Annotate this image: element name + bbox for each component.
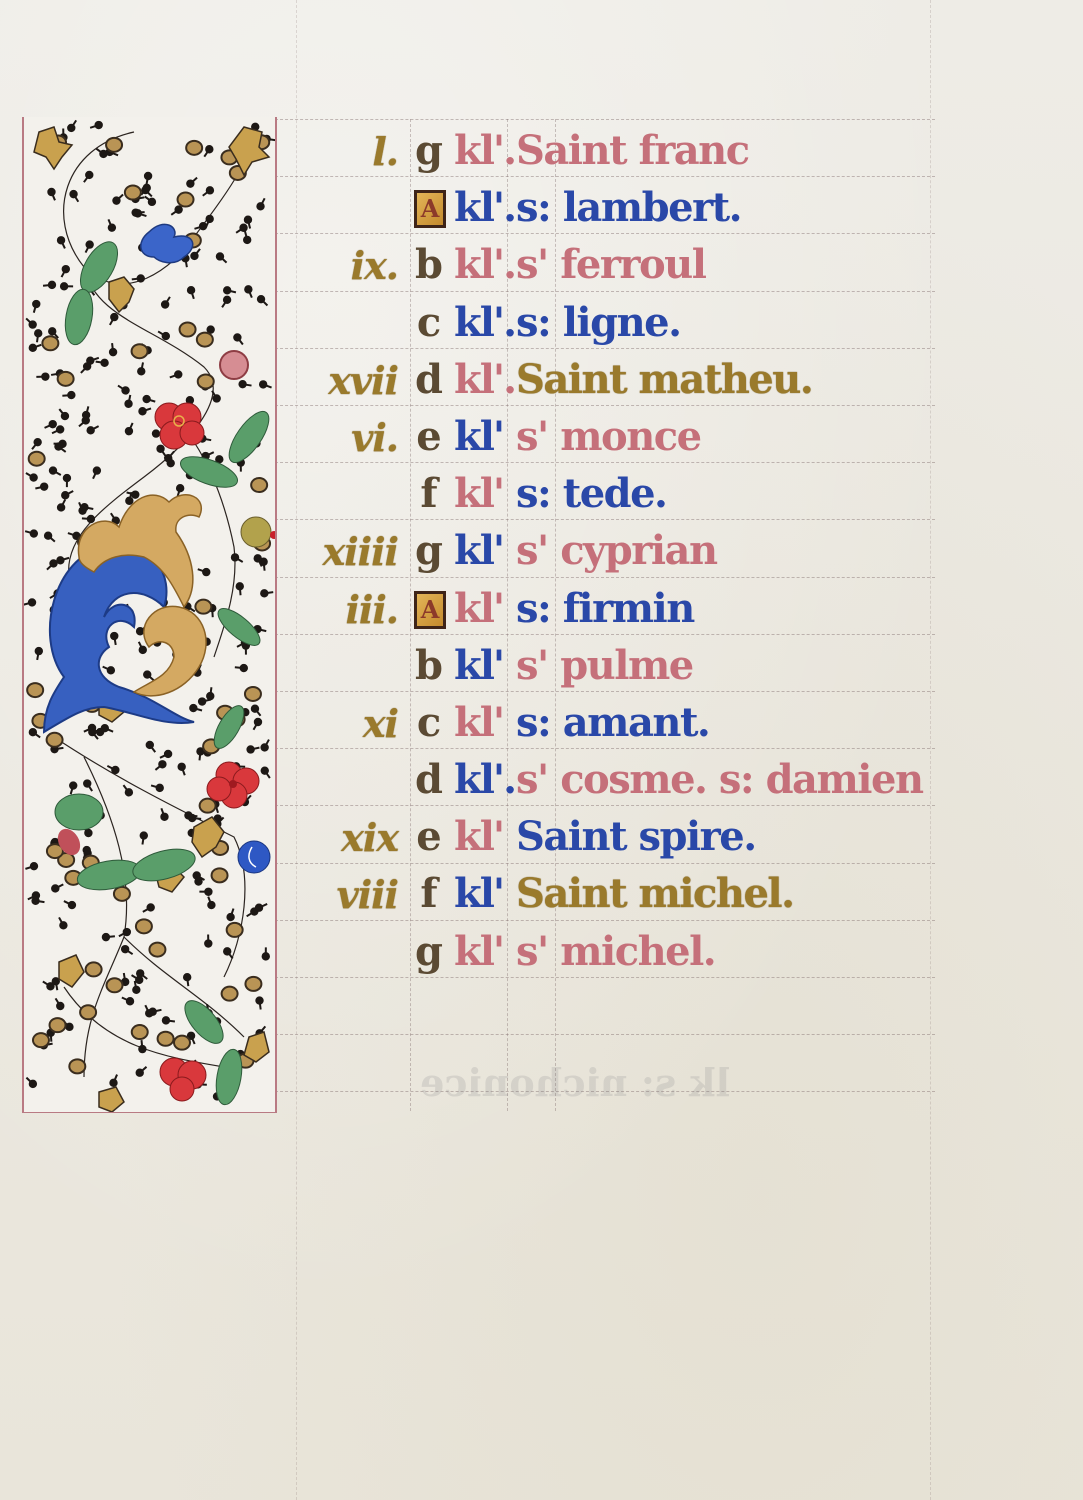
dominical-letter: g [414, 928, 444, 975]
decorated-border [22, 117, 277, 1113]
kalends-abbrev: kl'. [454, 299, 515, 346]
saint-name: s' ferroul [516, 241, 705, 288]
kalends-abbrev: kl' [454, 642, 503, 689]
calendar-row: iii.Akl's: firmin [296, 577, 936, 634]
saint-name: s' cyprian [516, 527, 717, 574]
golden-number: ix. [351, 243, 398, 288]
gilded-dominical-letter: A [414, 190, 446, 228]
saint-name: s: firmin [516, 585, 694, 632]
show-through-text: lk s: nichonice [420, 1060, 730, 1105]
dominical-letter: c [414, 299, 444, 346]
dominical-letter: b [414, 642, 444, 689]
saint-name: s' michel. [516, 928, 715, 975]
calendar-row: vi.ekl's' monce [296, 405, 936, 462]
calendar-row: viiifkl'Saint michel. [296, 862, 936, 919]
dominical-letter: e [414, 813, 444, 860]
saint-name: Saint matheu. [516, 356, 812, 403]
calendar-row: gkl's' michel. [296, 920, 936, 977]
kalends-abbrev: kl' [454, 413, 503, 460]
dominical-letter: d [414, 356, 444, 403]
saint-name: s: tede. [516, 470, 666, 517]
kalends-abbrev: kl'. [454, 356, 515, 403]
golden-number: viii [337, 872, 398, 917]
dominical-letter: e [414, 413, 444, 460]
golden-number: iii. [345, 587, 398, 632]
kalends-abbrev: kl' [454, 870, 503, 917]
saint-name: Saint spire. [516, 813, 756, 860]
dominical-letter: d [414, 756, 444, 803]
gilded-dominical-letter: A [414, 591, 446, 629]
border-illumination-icon [24, 117, 275, 1112]
ruling-line [270, 977, 935, 978]
kalends-abbrev: kl' [454, 699, 503, 746]
dominical-letter: g [414, 127, 444, 174]
saint-name: s: ligne. [516, 299, 681, 346]
kalends-abbrev: kl'. [454, 184, 515, 231]
saint-name: s' pulme [516, 642, 693, 689]
kalends-abbrev: kl'. [454, 241, 515, 288]
golden-number: xi [363, 701, 398, 746]
saint-name: s' cosme. s: damien [516, 756, 923, 803]
calendar-row: bkl's' pulme [296, 634, 936, 691]
calendar-row: Akl'.s: lambert. [296, 176, 936, 233]
calendar-row: ix.bkl'.s' ferroul [296, 233, 936, 290]
golden-number: xix [341, 815, 398, 860]
calendar-table: l.gkl'.Saint francAkl'.s: lambert.ix.bkl… [296, 119, 936, 977]
kalends-abbrev: kl' [454, 928, 503, 975]
calendar-row: xiiiigkl's' cyprian [296, 519, 936, 576]
golden-number: xiiii [323, 529, 398, 574]
kalends-abbrev: kl'. [454, 127, 515, 174]
dominical-letter: g [414, 527, 444, 574]
dominical-letter: f [414, 470, 444, 517]
calendar-row: ckl'.s: ligne. [296, 291, 936, 348]
saint-name: s: amant. [516, 699, 709, 746]
golden-number: xvii [328, 358, 398, 403]
golden-number: l. [372, 129, 398, 174]
dominical-letter: f [414, 870, 444, 917]
saint-name: Saint michel. [516, 870, 794, 917]
dominical-letter: b [414, 241, 444, 288]
calendar-row: dkl'.s' cosme. s: damien [296, 748, 936, 805]
saint-name: Saint franc [516, 127, 749, 174]
kalends-abbrev: kl'. [454, 756, 515, 803]
calendar-row: l.gkl'.Saint franc [296, 119, 936, 176]
saint-name: s: lambert. [516, 184, 741, 231]
golden-number: vi. [351, 415, 398, 460]
saint-name: s' monce [516, 413, 701, 460]
kalends-abbrev: kl' [454, 585, 503, 632]
kalends-abbrev: kl' [454, 813, 503, 860]
calendar-row: fkl's: tede. [296, 462, 936, 519]
kalends-abbrev: kl' [454, 470, 503, 517]
ruling-line [270, 1034, 935, 1035]
calendar-row: xickl's: amant. [296, 691, 936, 748]
kalends-abbrev: kl' [454, 527, 503, 574]
calendar-row: xviidkl'.Saint matheu. [296, 348, 936, 405]
calendar-row: xixekl'Saint spire. [296, 805, 936, 862]
dominical-letter: c [414, 699, 444, 746]
manuscript-page: lk s: nichonice [0, 0, 1083, 1500]
